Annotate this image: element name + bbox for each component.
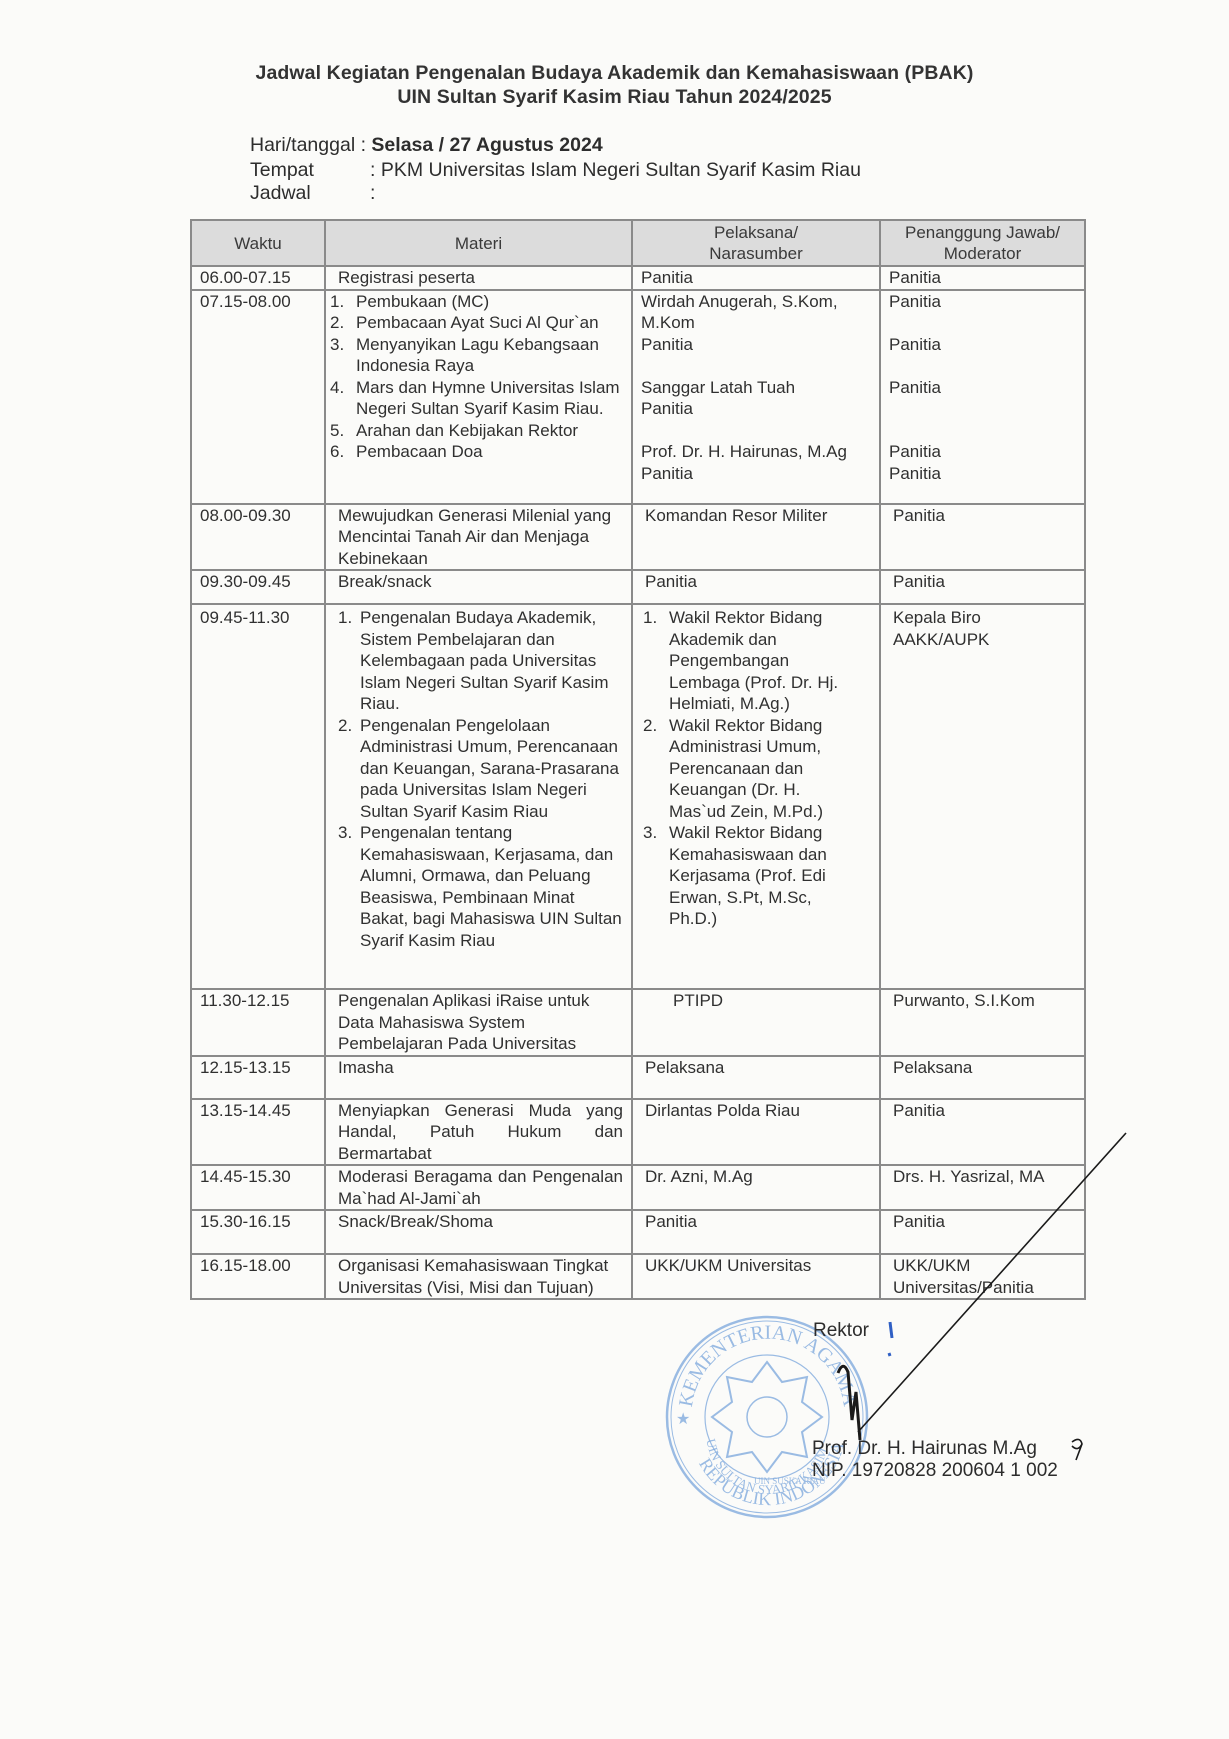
cell-pj: Drs. H. Yasrizal, MA <box>880 1165 1085 1210</box>
list-item: 2.Pembacaan Ayat Suci Al Qur`an <box>330 312 623 334</box>
list-item: 1.Pengenalan Budaya Akademik, Sistem Pem… <box>338 607 623 715</box>
signatory-name: Prof. Dr. H. Hairunas M.Ag <box>812 1438 1037 1460</box>
cell-pelaksana: Wirdah Anugerah, S.Kom, M.Kom Panitia Sa… <box>632 290 880 504</box>
cell-pj: Purwanto, S.I.Kom <box>880 989 1085 1056</box>
header-penanggung-jawab: Penanggung Jawab/Moderator <box>880 220 1085 266</box>
cell-time: 13.15-14.45 <box>191 1099 325 1166</box>
list-item: 5.Arahan dan Kebijakan Rektor <box>330 420 623 442</box>
meta-schedule-label: Jadwal <box>250 182 370 205</box>
cell-time: 09.30-09.45 <box>191 570 325 604</box>
table-row: 09.30-09.45 Break/snack Panitia Panitia <box>191 570 1085 604</box>
list-item: 2.Wakil Rektor Bidang Administrasi Umum,… <box>639 715 849 823</box>
meta-place-value: PKM Universitas Islam Negeri Sultan Syar… <box>381 159 861 181</box>
table-row: 07.15-08.00 1.Pembukaan (MC) 2.Pembacaan… <box>191 290 1085 504</box>
signatory-nip: NIP. 19720828 200604 1 002 <box>812 1460 1058 1482</box>
meta-separator: : <box>361 134 366 156</box>
table-row: 12.15-13.15 Imasha Pelaksana Pelaksana <box>191 1056 1085 1099</box>
meta-date: Hari/tanggal : Selasa / 27 Agustus 2024 <box>250 134 603 157</box>
list-item: 4.Mars dan Hymne Universitas Islam Neger… <box>330 377 623 420</box>
materi-list: 1.Pembukaan (MC) 2.Pembacaan Ayat Suci A… <box>330 291 623 463</box>
table-row: 08.00-09.30 Mewujudkan Generasi Milenial… <box>191 504 1085 571</box>
cell-materi: Pengenalan Aplikasi iRaise untuk Data Ma… <box>325 989 632 1056</box>
document-subtitle: UIN Sultan Syarif Kasim Riau Tahun 2024/… <box>0 86 1229 109</box>
cell-pj: UKK/UKM Universitas/Panitia <box>880 1254 1085 1299</box>
cell-time: 09.45-11.30 <box>191 604 325 989</box>
cell-time: 16.15-18.00 <box>191 1254 325 1299</box>
signature-role: Rektor <box>813 1320 869 1342</box>
cell-pj: Panitia Panitia Panitia Panitia Panitia <box>880 290 1085 504</box>
table-row: 13.15-14.45 Menyiapkan Generasi Muda yan… <box>191 1099 1085 1166</box>
meta-date-label: Hari/tanggal <box>250 134 355 156</box>
meta-separator: : <box>370 159 375 181</box>
cell-pj: Panitia <box>880 570 1085 604</box>
cell-pelaksana: Dr. Azni, M.Ag <box>632 1165 880 1210</box>
cell-pj: Panitia <box>880 1099 1085 1166</box>
pelaksana-list: 1.Wakil Rektor Bidang Akademik dan Penge… <box>639 607 849 930</box>
cell-time: 11.30-12.15 <box>191 989 325 1056</box>
header-waktu: Waktu <box>191 220 325 266</box>
cell-materi: Moderasi Beragama dan Pengenalan Ma`had … <box>325 1165 632 1210</box>
document-title: Jadwal Kegiatan Pengenalan Budaya Akadem… <box>0 62 1229 85</box>
list-item: 2.Pengenalan Pengelolaan Administrasi Um… <box>338 715 623 823</box>
list-item: 1.Wakil Rektor Bidang Akademik dan Penge… <box>639 607 849 715</box>
cell-materi: Mewujudkan Generasi Milenial yang Mencin… <box>325 504 632 571</box>
table-header-row: Waktu Materi Pelaksana/Narasumber Penang… <box>191 220 1085 266</box>
cell-pelaksana: Dirlantas Polda Riau <box>632 1099 880 1166</box>
cell-pelaksana: Panitia <box>632 570 880 604</box>
schedule-table: Waktu Materi Pelaksana/Narasumber Penang… <box>190 219 1086 1300</box>
table-row: 11.30-12.15 Pengenalan Aplikasi iRaise u… <box>191 989 1085 1056</box>
meta-place: Tempat: PKM Universitas Islam Negeri Sul… <box>250 159 861 182</box>
cell-materi: Menyiapkan Generasi Muda yang Handal, Pa… <box>325 1099 632 1166</box>
cell-pj: Panitia <box>880 1210 1085 1254</box>
cell-pj: Kepala Biro AAKK/AUPK <box>880 604 1085 989</box>
cell-time: 15.30-16.15 <box>191 1210 325 1254</box>
cell-pelaksana: Komandan Resor Militer <box>632 504 880 571</box>
header-materi: Materi <box>325 220 632 266</box>
cell-materi: 1.Pembukaan (MC) 2.Pembacaan Ayat Suci A… <box>325 290 632 504</box>
cell-materi: 1.Pengenalan Budaya Akademik, Sistem Pem… <box>325 604 632 989</box>
cell-pj: Pelaksana <box>880 1056 1085 1099</box>
cell-materi: Imasha <box>325 1056 632 1099</box>
table-row: 16.15-18.00 Organisasi Kemahasiswaan Tin… <box>191 1254 1085 1299</box>
cell-pelaksana: Panitia <box>632 266 880 290</box>
cell-pelaksana: 1.Wakil Rektor Bidang Akademik dan Penge… <box>632 604 880 989</box>
table-row: 14.45-15.30 Moderasi Beragama dan Pengen… <box>191 1165 1085 1210</box>
cell-pelaksana: PTIPD <box>632 989 880 1056</box>
meta-place-label: Tempat <box>250 159 370 182</box>
cell-pj: Panitia <box>880 266 1085 290</box>
header-pelaksana: Pelaksana/Narasumber <box>632 220 880 266</box>
list-item: 1.Pembukaan (MC) <box>330 291 623 313</box>
cell-time: 12.15-13.15 <box>191 1056 325 1099</box>
official-stamp: KEMENTERIAN AGAMA REPUBLIK INDONESIA UIN… <box>662 1312 872 1522</box>
cell-time: 06.00-07.15 <box>191 266 325 290</box>
list-item: 3.Menyanyikan Lagu Kebangsaan Indonesia … <box>330 334 623 377</box>
cell-materi: Break/snack <box>325 570 632 604</box>
cell-time: 07.15-08.00 <box>191 290 325 504</box>
stamp-star-icon: ★ <box>676 1411 690 1428</box>
table-row: 09.45-11.30 1.Pengenalan Budaya Akademik… <box>191 604 1085 989</box>
table-row: 06.00-07.15 Registrasi peserta Panitia P… <box>191 266 1085 290</box>
meta-schedule: Jadwal: <box>250 182 375 205</box>
cell-materi: Snack/Break/Shoma <box>325 1210 632 1254</box>
list-item: 3.Wakil Rektor Bidang Kemahasiswaan dan … <box>639 822 849 930</box>
list-item: 6.Pembacaan Doa <box>330 441 623 463</box>
cell-pj: Panitia <box>880 504 1085 571</box>
meta-separator: : <box>370 182 375 204</box>
list-item: 3.Pengenalan tentang Kemahasiswaan, Kerj… <box>338 822 623 951</box>
cell-time: 08.00-09.30 <box>191 504 325 571</box>
cell-pelaksana: Panitia <box>632 1210 880 1254</box>
cell-materi: Organisasi Kemahasiswaan Tingkat Univers… <box>325 1254 632 1299</box>
cell-time: 14.45-15.30 <box>191 1165 325 1210</box>
table-row: 15.30-16.15 Snack/Break/Shoma Panitia Pa… <box>191 1210 1085 1254</box>
cell-pelaksana: Pelaksana <box>632 1056 880 1099</box>
cell-pelaksana: UKK/UKM Universitas <box>632 1254 880 1299</box>
cell-materi: Registrasi peserta <box>325 266 632 290</box>
materi-list: 1.Pengenalan Budaya Akademik, Sistem Pem… <box>338 607 623 951</box>
meta-date-value: Selasa / 27 Agustus 2024 <box>371 134 602 156</box>
